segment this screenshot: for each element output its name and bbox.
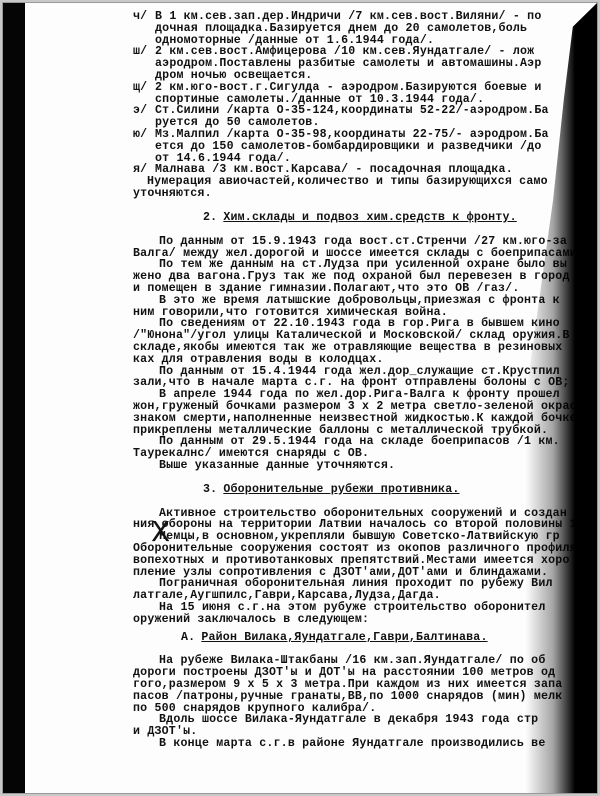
paragraph-line: вопехотных и противотанковых препятствий… [133,555,598,567]
list-text: ется до 150 самолетов-бомбардировщики и … [155,141,542,153]
typewritten-document: ч/В 1 км.сев.зап.дер.Индричи /7 км.сев.в… [133,11,598,750]
section-3-number: 3. [203,484,217,496]
section-2-number: 2. [203,212,217,224]
list-text: 2 км.юго-вост.г.Сигулда - аэродром.Базир… [155,82,542,94]
list-marker: ч/ [133,11,155,23]
list-text: дочная площадка.Базируется днем до 20 са… [155,23,527,35]
airfield-note: Нумерация авиочастей,количество и типы б… [133,176,598,200]
list-marker: щ/ [133,82,155,94]
paragraph-line: По данным от 15.9.1943 года вост.ст.Стре… [133,236,598,248]
paragraph-line: жон,груженый бочками размером 3 х 2 метр… [133,401,598,413]
handwritten-x-mark: X [151,515,170,548]
list-marker: э/ [133,105,155,117]
section-3-heading: 3.Оборонительные рубежи противника. [133,484,598,496]
list-item-line: ю/Мз.Малпил /карта О-35-98,координаты 22… [133,129,598,141]
paragraph-line: Вдоль шоссе Вилака-Яундатгале в декабря … [133,714,598,726]
scanned-page: ч/В 1 км.сев.зап.дер.Индричи /7 км.сев.в… [2,2,598,794]
subsection-a-heading: А.Район Вилака,Яундатгале,Гаври,Балтинав… [133,632,598,644]
paragraph-line: знаком смерти,наполненные неизвестной жи… [133,413,598,425]
paragraph-line: В конце марта с.г.в районе Яундатгале пр… [133,738,598,750]
paragraph-line: Выше указанные данные уточняются. [133,460,598,472]
paragraph-line: пасов /патроны,ручные гранаты,ВВ,по 1000… [133,691,598,703]
subsection-a-title: Район Вилака,Яундатгале,Гаври,Балтинава. [201,631,487,644]
scan-edge-left [3,3,25,793]
list-marker: ш/ [133,46,155,58]
list-text: Мз.Малпил /карта О-35-98,координаты 22-7… [155,129,549,141]
list-marker: ю/ [133,129,155,141]
list-text: дром ночью освещается. [155,70,312,82]
subsection-a-body: На рубеже Вилака-Штакбаны /16 км.зап.Яун… [133,655,598,749]
list-item-line: ется до 150 самолетов-бомбардировщики и … [133,141,598,153]
list-item-line: дром ночью освещается. [133,70,598,82]
paragraph-line: оружений заключалось в следующем: [133,614,598,626]
list-marker [133,58,155,70]
paragraph-line: складе,якобы имеются так же отравляющие … [133,342,598,354]
list-marker [133,141,155,153]
list-marker [133,70,155,82]
list-item-line: щ/2 км.юго-вост.г.Сигулда - аэродром.Баз… [133,82,598,94]
section-2-body: По данным от 15.9.1943 года вост.ст.Стре… [133,236,598,472]
section-2-heading: 2.Хим.склады и подвоз хим.средств к фрон… [133,212,598,224]
section-3-title: Оборонительные рубежи противника. [223,483,459,496]
paragraph-line: ках для отравления воды в колодцах. [133,354,598,366]
paragraph-line: В это же время латышские добровольцы,при… [133,295,598,307]
note-line: уточняются. [133,188,598,200]
subsection-a-number: А. [181,632,195,644]
section-2-title: Хим.склады и подвоз хим.средств к фронту… [223,211,516,224]
airfield-list: ч/В 1 км.сев.зап.дер.Индричи /7 км.сев.в… [133,11,598,176]
list-marker [133,23,155,35]
paragraph-line: и помещен в здание гимназии.Полагают,что… [133,283,598,295]
list-item-line: дочная площадка.Базируется днем до 20 са… [133,23,598,35]
section-3-body: Активное строительство оборонительных со… [133,508,598,626]
